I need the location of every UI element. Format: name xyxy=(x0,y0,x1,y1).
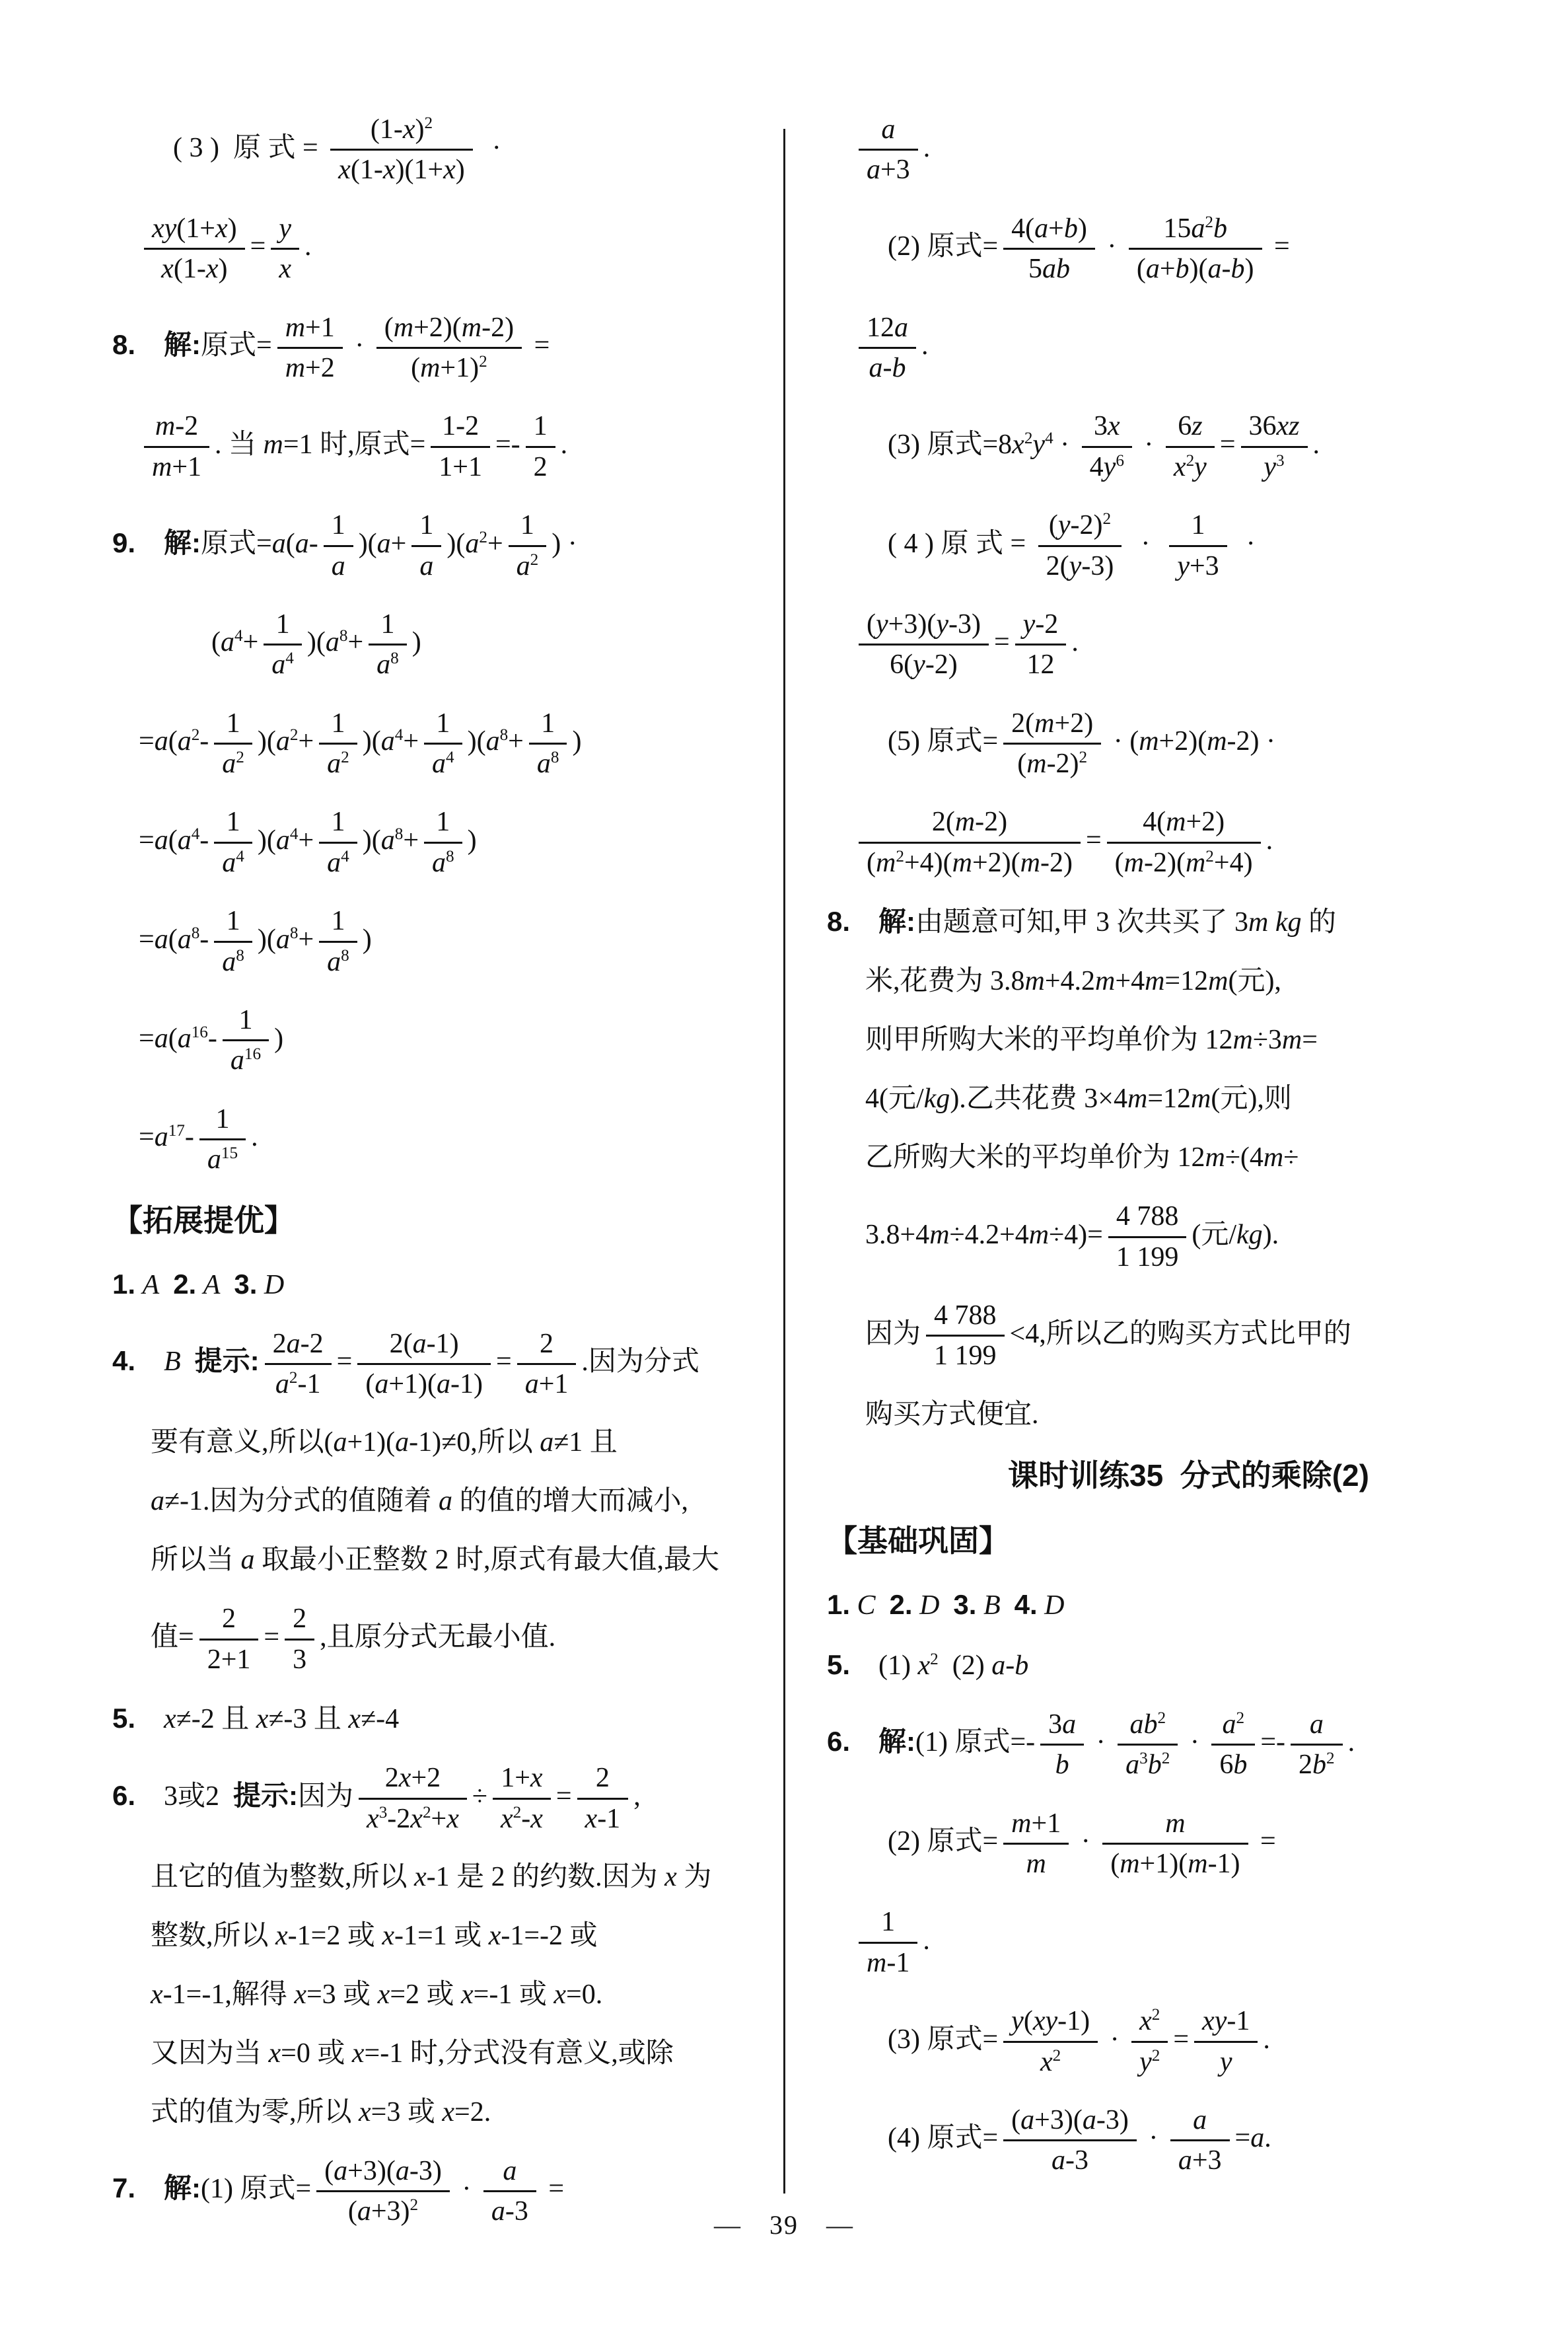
line-text: 12aa-b. xyxy=(853,330,929,361)
content-line: 4.B 提示:2a-2a2-1=2(a-1)(a+1)(a-1)=2a+1.因为… xyxy=(112,1323,776,1405)
fraction: 2x+2x3-2x2+x xyxy=(359,1761,467,1835)
line-text: (y+3)(y-3)6(y-2)=y-212. xyxy=(853,627,1079,657)
fraction: yx xyxy=(271,212,299,286)
line-text: 值=22+1=23,且原分式无最小值. xyxy=(151,1622,555,1652)
content-line: 12aa-b. xyxy=(827,307,1550,389)
line-text: x≠-2 且 x≠-3 且 x≠-4 xyxy=(164,1704,399,1734)
line-text: 购买方式便宜. xyxy=(865,1399,1039,1430)
line-text: 又因为当 x=0 或 x=-1 时,分式没有意义,或除 xyxy=(151,2038,674,2069)
fraction: 3ab xyxy=(1040,1708,1084,1782)
content-line: 4(元/kg).乙共花费 3×4m=12m(元),则 xyxy=(827,1078,1550,1120)
line-text: 2(m-2)(m2+4)(m+2)(m-2)=4(m+2)(m-2)(m2+4)… xyxy=(853,825,1273,856)
item-number: 7. xyxy=(112,2167,164,2209)
content-line: 乙所购大米的平均单价为 12m÷(4m÷ xyxy=(827,1137,1550,1179)
line-text: 式的值为零,所以 x=3 或 x=2. xyxy=(151,2097,491,2127)
line-text: ( 3 ) 原 式 = (1-x)2x(1-x)(1+x) · xyxy=(173,133,501,163)
fraction: 2a-2a2-1 xyxy=(265,1327,332,1401)
fraction: 12aa-b xyxy=(859,311,916,385)
fraction: 1a15 xyxy=(199,1103,246,1177)
content-line: m-2m+1. 当 m=1 时,原式=1-21+1=-12. xyxy=(112,406,776,488)
content-line: a≠-1.因为分式的值随着 a 的值的增大而减小, xyxy=(112,1481,776,1522)
content-line: 1. A 2. A 3. D xyxy=(112,1263,776,1306)
page-footer: —39— xyxy=(0,2205,1568,2245)
section-heading: 【基础巩固】 xyxy=(827,1518,1550,1564)
line-text: (3) 原式=8x2y4 · 3x4y6 · 6zx2y=36xzy3. xyxy=(888,429,1320,460)
content-line: 8.解:原式=m+1m+2 · (m+2)(m-2)(m+1)2 = xyxy=(112,307,776,389)
content-line: 2(m-2)(m2+4)(m+2)(m-2)=4(m+2)(m-2)(m2+4)… xyxy=(827,801,1550,883)
content-line: =a(a4-1a4)(a4+1a4)(a8+1a8) xyxy=(112,801,776,883)
content-line: 式的值为零,所以 x=3 或 x=2. xyxy=(112,2092,776,2133)
fraction: 2a+1 xyxy=(517,1327,577,1401)
content-line: 整数,所以 x-1=2 或 x-1=1 或 x-1=-2 或 xyxy=(112,1915,776,1957)
content-line: 6.3或2 提示:因为2x+2x3-2x2+x÷1+xx2-x=2x-1, xyxy=(112,1757,776,1839)
fraction: x2y2 xyxy=(1131,2005,1168,2079)
line-text: ( 4 ) 原 式 = (y-2)22(y-3) · 1y+3 · xyxy=(888,529,1256,559)
item-number: 5. xyxy=(112,1697,164,1739)
line-text: 解:原式=m+1m+2 · (m+2)(m-2)(m+1)2 = xyxy=(164,330,550,361)
line-text: (3) 原式=y(xy-1)x2 · x2y2=xy-1y. xyxy=(888,2024,1270,2055)
fraction: 2(m+2)(m-2)2 xyxy=(1003,707,1101,781)
left-column: ( 3 ) 原 式 = (1-x)2x(1-x)(1+x) ·xy(1+x)x(… xyxy=(112,109,776,2250)
content-line: 米,花费为 3.8m+4.2m+4m=12m(元), xyxy=(827,961,1550,1002)
line-text: 整数,所以 x-1=2 或 x-1=1 或 x-1=-2 或 xyxy=(151,1921,598,1951)
fraction: m(m+1)(m-1) xyxy=(1102,1807,1248,1881)
content-line: (5) 原式=2(m+2)(m-2)2 · (m+2)(m-2) · xyxy=(827,703,1550,785)
footer-dash-right: — xyxy=(826,2205,854,2245)
line-text: 乙所购大米的平均单价为 12m÷(4m÷ xyxy=(865,1142,1299,1173)
line-text: =a(a8-1a8)(a8+1a8) xyxy=(139,924,372,955)
line-text: B 提示:2a-2a2-1=2(a-1)(a+1)(a-1)=2a+1.因为分式 xyxy=(164,1347,699,1377)
fraction: 1a8 xyxy=(214,904,252,978)
fraction: 6zx2y xyxy=(1166,410,1215,484)
fraction: 4 7881 199 xyxy=(926,1299,1005,1373)
content-line: 且它的值为整数,所以 x-1 是 2 的约数.因为 x 为 xyxy=(112,1857,776,1898)
line-text: 因为4 7881 199<4,所以乙的购买方式比甲的 xyxy=(865,1319,1351,1349)
fraction: xy(1+x)x(1-x) xyxy=(144,212,245,286)
fraction: 1a2 xyxy=(509,509,547,583)
content-line: =a(a16-1a16) xyxy=(112,1000,776,1082)
fraction: m+1m xyxy=(1003,1807,1069,1881)
fraction: 1a2 xyxy=(214,707,252,781)
fraction: a2b2 xyxy=(1291,1708,1343,1782)
item-number: 6. xyxy=(827,1720,878,1762)
content-line: (a4+1a4)(a8+1a8) xyxy=(112,604,776,686)
fraction: 1y+3 xyxy=(1169,509,1227,583)
line-text: 1. C 2. D 3. B 4. D xyxy=(827,1590,1064,1621)
fraction: 23 xyxy=(285,1602,314,1676)
item-number: 6. xyxy=(112,1775,164,1816)
fraction: 1a4 xyxy=(264,608,302,682)
fraction: xy-1y xyxy=(1194,2005,1258,2079)
line-text: =a(a2-1a2)(a2+1a2)(a4+1a4)(a8+1a8) xyxy=(139,726,581,757)
content-line: 1. C 2. D 3. B 4. D xyxy=(827,1584,1550,1627)
section-title: 课时训练35 分式的乘除(2) xyxy=(827,1453,1550,1498)
item-number: 4. xyxy=(112,1340,164,1382)
content-line: ( 4 ) 原 式 = (y-2)22(y-3) · 1y+3 · xyxy=(827,505,1550,587)
line-text: 则甲所购大米的平均单价为 12m÷3m= xyxy=(865,1025,1318,1055)
fraction: 22+1 xyxy=(199,1602,259,1676)
fraction: (1-x)2x(1-x)(1+x) xyxy=(330,113,473,187)
column-divider xyxy=(783,129,785,2194)
fraction: (y-2)22(y-3) xyxy=(1038,509,1122,583)
fraction: aa+3 xyxy=(1170,2104,1230,2178)
fraction: 3x4y6 xyxy=(1082,410,1132,484)
line-text: 4(元/kg).乙共花费 3×4m=12m(元),则 xyxy=(865,1084,1292,1114)
item-number: 9. xyxy=(112,522,164,564)
content-line: (2) 原式=4(a+b)5ab · 15a2b(a+b)(a-b) = xyxy=(827,208,1550,290)
line-text: 解:原式=a(a-1a)(a+1a)(a2+1a2) · xyxy=(164,529,577,559)
line-text: 1. A 2. A 3. D xyxy=(112,1270,284,1300)
line-text: 且它的值为整数,所以 x-1 是 2 的约数.因为 x 为 xyxy=(151,1862,711,1892)
fraction: aa+3 xyxy=(859,113,918,187)
fraction: 1m-1 xyxy=(859,1905,917,1979)
line-text: m-2m+1. 当 m=1 时,原式=1-21+1=-12. xyxy=(139,429,567,460)
fraction: 1a4 xyxy=(424,707,462,781)
content-line: x-1=-1,解得 x=3 或 x=2 或 x=-1 或 x=0. xyxy=(112,1974,776,2016)
content-line: 3.8+4m÷4.2+4m÷4)=4 7881 199(元/kg). xyxy=(827,1196,1550,1278)
content-line: 因为4 7881 199<4,所以乙的购买方式比甲的 xyxy=(827,1295,1550,1377)
fraction: 1a4 xyxy=(319,805,357,879)
content-line: (y+3)(y-3)6(y-2)=y-212. xyxy=(827,604,1550,686)
line-text: a≠-1.因为分式的值随着 a 的值的增大而减小, xyxy=(151,1486,688,1516)
line-text: (2) 原式=m+1m · m(m+1)(m-1) = xyxy=(888,1826,1276,1857)
content-line: ( 3 ) 原 式 = (1-x)2x(1-x)(1+x) · xyxy=(112,109,776,191)
fraction: m+1m+2 xyxy=(277,311,343,385)
content-line: aa+3. xyxy=(827,109,1550,191)
item-number: 5. xyxy=(827,1644,878,1685)
fraction: a26b xyxy=(1211,1708,1255,1782)
content-line: 又因为当 x=0 或 x=-1 时,分式没有意义,或除 xyxy=(112,2033,776,2075)
fraction: y(xy-1)x2 xyxy=(1003,2005,1098,2079)
content-line: (3) 原式=8x2y4 · 3x4y6 · 6zx2y=36xzy3. xyxy=(827,406,1550,488)
line-text: 3或2 提示:因为2x+2x3-2x2+x÷1+xx2-x=2x-1, xyxy=(164,1781,641,1812)
section-heading: 【拓展提优】 xyxy=(112,1198,776,1243)
line-text: 解:(1) 原式=(a+3)(a-3)(a+3)2 · aa-3 = xyxy=(164,2174,564,2204)
item-number: 8. xyxy=(112,324,164,365)
fraction: (y+3)(y-3)6(y-2) xyxy=(859,608,989,682)
content-line: 6.解:(1) 原式=-3ab · ab2a3b2 · a26b=-a2b2. xyxy=(827,1704,1550,1786)
content-line: xy(1+x)x(1-x)=yx. xyxy=(112,208,776,290)
fraction: 12 xyxy=(526,410,555,484)
fraction: 1a4 xyxy=(214,805,252,879)
line-text: 1m-1. xyxy=(853,1925,930,1956)
content-line: 5.(1) x2 (2) a-b xyxy=(827,1644,1550,1687)
page-number: 39 xyxy=(769,2210,799,2240)
fraction: (m+2)(m-2)(m+1)2 xyxy=(376,311,522,385)
content-line: 要有意义,所以(a+1)(a-1)≠0,所以 a≠1 且 xyxy=(112,1422,776,1463)
content-line: 5.x≠-2 且 x≠-3 且 x≠-4 xyxy=(112,1697,776,1740)
fraction: 4(m+2)(m-2)(m2+4) xyxy=(1107,805,1261,879)
line-text: (1) x2 (2) a-b xyxy=(878,1650,1028,1681)
line-text: (4) 原式=(a+3)(a-3)a-3 · aa+3=a. xyxy=(888,2123,1271,2153)
content-line: 购买方式便宜. xyxy=(827,1394,1550,1436)
line-text: aa+3. xyxy=(853,133,930,163)
fraction: 2(a-1)(a+1)(a-1) xyxy=(357,1327,491,1401)
content-line: (3) 原式=y(xy-1)x2 · x2y2=xy-1y. xyxy=(827,2001,1550,2083)
content-line: =a(a2-1a2)(a2+1a2)(a4+1a4)(a8+1a8) xyxy=(112,703,776,785)
fraction: 1a8 xyxy=(424,805,462,879)
line-text: (2) 原式=4(a+b)5ab · 15a2b(a+b)(a-b) = xyxy=(888,231,1290,262)
footer-dash-left: — xyxy=(714,2205,742,2245)
line-text: =a(a16-1a16) xyxy=(139,1023,283,1054)
line-text: (5) 原式=2(m+2)(m-2)2 · (m+2)(m-2) · xyxy=(888,726,1275,757)
fraction: 1a8 xyxy=(529,707,567,781)
content-line: 所以当 a 取最小正整数 2 时,原式有最大值,最大 xyxy=(112,1539,776,1581)
fraction: 1a16 xyxy=(223,1004,269,1078)
fraction: 1a xyxy=(324,509,353,583)
line-text: 所以当 a 取最小正整数 2 时,原式有最大值,最大 xyxy=(151,1545,719,1575)
line-text: =a17-1a15. xyxy=(139,1122,258,1152)
content-line: =a17-1a15. xyxy=(112,1099,776,1181)
line-text: 3.8+4m÷4.2+4m÷4)=4 7881 199(元/kg). xyxy=(865,1220,1279,1250)
content-line: 9.解:原式=a(a-1a)(a+1a)(a2+1a2) · xyxy=(112,505,776,587)
content-line: =a(a8-1a8)(a8+1a8) xyxy=(112,901,776,982)
fraction: 1+xx2-x xyxy=(493,1761,551,1835)
content-line: 1m-1. xyxy=(827,1901,1550,1983)
content-line: 值=22+1=23,且原分式无最小值. xyxy=(112,1598,776,1680)
content-line: 8.解:由题意可知,甲 3 次共买了 3m kg 的 xyxy=(827,901,1550,943)
fraction: 1a8 xyxy=(369,608,407,682)
line-text: 米,花费为 3.8m+4.2m+4m=12m(元), xyxy=(865,966,1281,996)
fraction: 1a2 xyxy=(319,707,357,781)
fraction: 36xzy3 xyxy=(1241,410,1308,484)
fraction: ab2a3b2 xyxy=(1118,1708,1178,1782)
line-text: 解:(1) 原式=-3ab · ab2a3b2 · a26b=-a2b2. xyxy=(878,1727,1355,1757)
fraction: 2x-1 xyxy=(577,1761,629,1835)
fraction: 1a8 xyxy=(319,904,357,978)
fraction: 4 7881 199 xyxy=(1108,1200,1187,1274)
right-column: aa+3.(2) 原式=4(a+b)5ab · 15a2b(a+b)(a-b) … xyxy=(827,109,1550,2199)
line-text: 【拓展提优】 xyxy=(112,1203,295,1237)
fraction: (a+3)(a-3)a-3 xyxy=(1003,2104,1137,2178)
fraction: 2(m-2)(m2+4)(m+2)(m-2) xyxy=(859,805,1081,879)
line-text: =a(a4-1a4)(a4+1a4)(a8+1a8) xyxy=(139,825,477,856)
line-text: 课时训练35 分式的乘除(2) xyxy=(1008,1458,1369,1493)
content-line: (2) 原式=m+1m · m(m+1)(m-1) = xyxy=(827,1803,1550,1885)
fraction: m-2m+1 xyxy=(144,410,209,484)
fraction: 4(a+b)5ab xyxy=(1003,212,1095,286)
fraction: y-212 xyxy=(1015,608,1067,682)
line-text: (a4+1a4)(a8+1a8) xyxy=(211,627,421,657)
content-line: (4) 原式=(a+3)(a-3)a-3 · aa+3=a. xyxy=(827,2100,1550,2182)
item-number: 8. xyxy=(827,901,878,942)
line-text: 要有意义,所以(a+1)(a-1)≠0,所以 a≠1 且 xyxy=(151,1427,618,1458)
fraction: 1a xyxy=(411,509,441,583)
line-text: 解:由题意可知,甲 3 次共买了 3m kg 的 xyxy=(878,907,1336,938)
content-line: 则甲所购大米的平均单价为 12m÷3m= xyxy=(827,1019,1550,1061)
fraction: 1-21+1 xyxy=(431,410,490,484)
fraction: 15a2b(a+b)(a-b) xyxy=(1129,212,1262,286)
line-text: 【基础巩固】 xyxy=(827,1524,1009,1558)
line-text: xy(1+x)x(1-x)=yx. xyxy=(139,231,311,262)
line-text: x-1=-1,解得 x=3 或 x=2 或 x=-1 或 x=0. xyxy=(151,1979,602,2010)
